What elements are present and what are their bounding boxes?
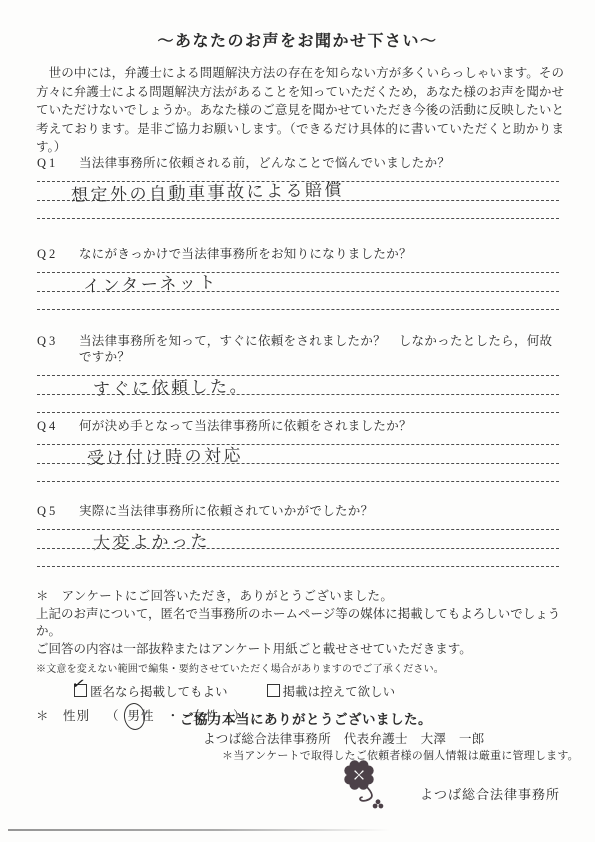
check-icon: ✓ bbox=[70, 673, 87, 693]
question-text: なにがきっかけで当法律事務所をお知りになりましたか？ bbox=[79, 246, 561, 262]
consent-options: ✓匿名なら掲載してもよい 掲載は控えて欲しい bbox=[74, 684, 564, 702]
handwritten-answer: 受け付け時の対応 bbox=[87, 441, 243, 469]
answer-area[interactable]: 大変よかった bbox=[37, 529, 561, 591]
question-block-1: Q1 当法律事務所に依頼される前，どんなことで悩んでいましたか？ 想定外の自動車… bbox=[37, 155, 561, 243]
dashed-line bbox=[37, 481, 559, 482]
gender-option-male[interactable]: 男 bbox=[128, 708, 142, 726]
handwritten-answer: すぐに依頼した。 bbox=[93, 372, 249, 400]
question-label: Q4 bbox=[37, 418, 79, 434]
survey-thanks-note: ＊ アンケートにご回答いただき，ありがとうございました。 bbox=[36, 588, 564, 606]
footer-thanks: ご協力本当にありがとうございました。 bbox=[180, 708, 432, 728]
publish-detail: ご回答の内容は一部抜粋またはアンケート用紙ごと載せさせていただきます。 bbox=[36, 641, 564, 659]
paren-open: （ bbox=[106, 709, 120, 723]
dashed-line bbox=[37, 412, 559, 413]
checkbox-anonymous-ok-icon[interactable]: ✓ bbox=[74, 684, 87, 697]
handwritten-answer: 想定外の自動車事故による賠償 bbox=[71, 175, 344, 206]
question-label: Q3 bbox=[37, 333, 79, 365]
answer-area[interactable]: 想定外の自動車事故による賠償 bbox=[37, 181, 561, 243]
publish-question: 上記のお声について，匿名で当事務所のホームページ等の媒体に掲載してもよろしいでし… bbox=[36, 606, 564, 641]
answer-area[interactable]: 受け付け時の対応 bbox=[37, 444, 561, 506]
firm-name: よつば総合法律事務所 bbox=[420, 784, 560, 803]
firm-logo-row: よつば総合法律事務所 bbox=[338, 760, 560, 812]
question-block-5: Q5 実際に当法律事務所に依頼されていかがでしたか？ 大変よかった bbox=[37, 503, 561, 591]
checkbox-decline-icon[interactable] bbox=[267, 684, 280, 697]
answer-area[interactable]: インターネット bbox=[37, 272, 561, 334]
gender-separator: ・ bbox=[167, 709, 181, 723]
handwritten-circle-mark bbox=[122, 702, 146, 731]
question-text: 実際に当法律事務所に依頼されていかがでしたか？ bbox=[79, 503, 561, 519]
dashed-line bbox=[37, 218, 559, 219]
question-text: 何が決め手となって当法律事務所に依頼をされましたか？ bbox=[79, 418, 561, 434]
edit-note: ※文意を変えない範囲で編集・要約させていただく場合がありますのでご了承ください。 bbox=[36, 661, 564, 679]
question-block-2: Q2 なにがきっかけで当法律事務所をお知りになりましたか？ インターネット bbox=[37, 246, 561, 334]
survey-scan-page: ～あなたのお声をお聞かせ下さい～ 世の中には，弁護士による問題解決方法の存在を知… bbox=[0, 0, 595, 842]
consent-option-anonymous-ok[interactable]: ✓匿名なら掲載してもよい bbox=[74, 684, 228, 702]
intro-paragraph: 世の中には，弁護士による問題解決方法の存在を知らない方が多くいらっしゃいます。そ… bbox=[36, 64, 564, 157]
consent-option-label: 匿名なら掲載してもよい bbox=[90, 685, 228, 699]
consent-option-label: 掲載は控えて欲しい bbox=[283, 685, 396, 699]
consent-section: ＊ アンケートにご回答いただき，ありがとうございました。 上記のお声について，匿… bbox=[36, 588, 564, 726]
footer-firm-credit: よつば総合法律事務所 代表弁護士 大澤 一郎 bbox=[203, 729, 485, 747]
question-label: Q2 bbox=[37, 246, 79, 262]
handwritten-answer: インターネット bbox=[83, 268, 219, 297]
consent-option-decline[interactable]: 掲載は控えて欲しい bbox=[267, 684, 396, 702]
gender-label: ＊ 性別 bbox=[36, 709, 90, 723]
question-block-4: Q4 何が決め手となって当法律事務所に依頼をされましたか？ 受け付け時の対応 bbox=[37, 418, 561, 506]
question-label: Q1 bbox=[37, 155, 79, 171]
question-label: Q5 bbox=[37, 503, 79, 519]
question-text: 当法律事務所に依頼される前，どんなことで悩んでいましたか？ bbox=[79, 155, 561, 171]
scan-edge-line bbox=[8, 829, 390, 831]
dashed-line bbox=[37, 566, 559, 567]
page-title: ～あなたのお声をお聞かせ下さい～ bbox=[0, 28, 595, 51]
clover-logo-icon bbox=[338, 760, 394, 812]
dashed-line bbox=[37, 309, 559, 310]
handwritten-answer: 大変よかった bbox=[93, 527, 210, 554]
question-text: 当法律事務所を知って，すぐに依頼をされましたか？ しなかったとしたら，何故ですか… bbox=[79, 333, 561, 365]
